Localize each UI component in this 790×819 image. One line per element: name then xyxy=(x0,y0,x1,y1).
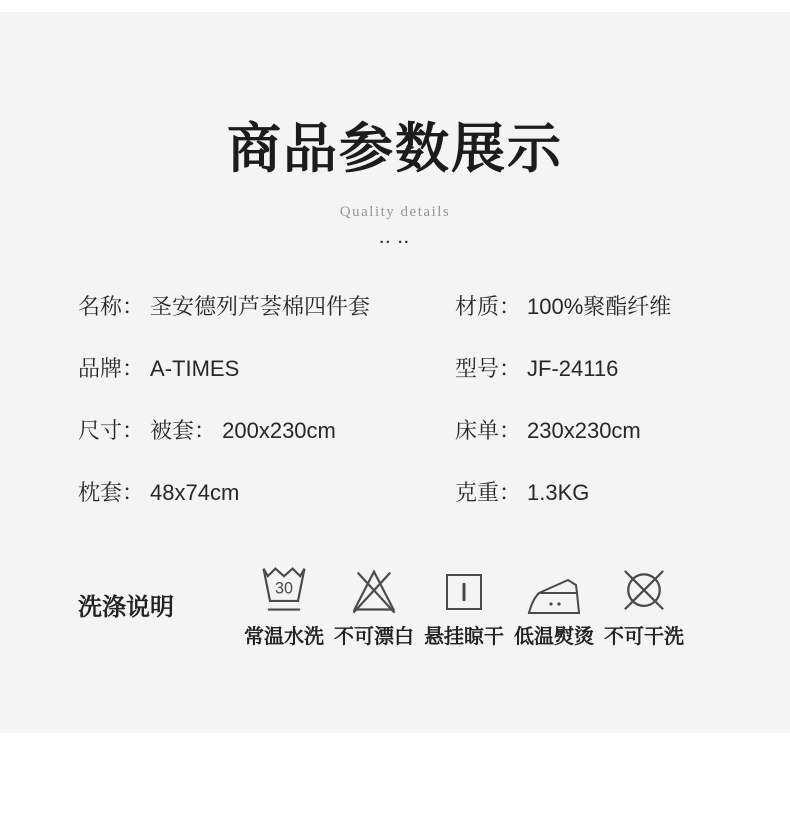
param-row-brand: 品牌：A-TIMES xyxy=(78,352,455,383)
washing-caption: 悬挂晾干 xyxy=(424,620,504,649)
washing-item-normal-wash: 30 常温水洗 xyxy=(240,560,328,649)
param-row-material: 材质：100%聚酯纤维 xyxy=(455,290,738,321)
washing-item-no-dry-clean: 不可干洗 xyxy=(600,560,688,649)
hang-dry-icon xyxy=(440,560,488,616)
param-row-sheet: 床单：230x230cm xyxy=(455,414,738,445)
parameter-grid: 名称：圣安德列芦荟棉四件套 材质：100%聚酯纤维 品牌：A-TIMES 型号：… xyxy=(78,274,738,522)
param-value: 48x74cm xyxy=(150,480,239,505)
washing-caption: 不可干洗 xyxy=(604,620,684,649)
param-row-name: 名称：圣安德列芦荟棉四件套 xyxy=(78,290,455,321)
param-label: 品牌： xyxy=(78,356,144,381)
param-row-model: 型号：JF-24116 xyxy=(455,352,738,383)
iron-low-icon xyxy=(524,560,584,616)
param-label: 克重： xyxy=(455,480,521,505)
product-parameters-panel: 商品参数展示 Quality details .. .. 名称：圣安德列芦荟棉四… xyxy=(0,12,790,733)
washing-caption: 常温水洗 xyxy=(244,620,324,649)
washing-icons-row: 30 常温水洗 不可漂白 xyxy=(240,560,690,649)
svg-text:30: 30 xyxy=(275,579,293,597)
param-row-weight: 克重：1.3KG xyxy=(455,476,738,507)
page-title: 商品参数展示 xyxy=(0,120,790,178)
param-value: 1.3KG xyxy=(527,480,589,505)
washing-item-hang-dry: 悬挂晾干 xyxy=(420,560,508,649)
param-value: JF-24116 xyxy=(527,356,618,381)
param-label: 名称： xyxy=(78,294,144,319)
washing-item-no-bleach: 不可漂白 xyxy=(330,560,418,649)
param-value: 被套： 200x230cm xyxy=(150,418,336,443)
param-label: 床单： xyxy=(455,418,521,443)
washing-instructions-label: 洗涤说明 xyxy=(78,587,174,649)
param-value: 230x230cm xyxy=(527,418,641,443)
decorative-dots: .. .. xyxy=(0,230,790,247)
param-value: 圣安德列芦荟棉四件套 xyxy=(150,294,370,319)
param-value: A-TIMES xyxy=(150,356,239,381)
param-row-size: 尺寸：被套： 200x230cm xyxy=(78,414,455,445)
washing-caption: 低温熨烫 xyxy=(514,620,594,649)
param-label: 枕套： xyxy=(78,480,144,505)
washing-instructions-section: 洗涤说明 30 常温水洗 xyxy=(78,560,758,649)
param-value: 100%聚酯纤维 xyxy=(527,294,671,319)
param-label: 尺寸： xyxy=(78,418,144,443)
wash-30-icon: 30 xyxy=(258,560,310,616)
washing-caption: 不可漂白 xyxy=(334,620,414,649)
no-bleach-icon xyxy=(348,560,400,616)
no-dry-clean-icon xyxy=(617,560,671,616)
washing-item-iron-low: 低温熨烫 xyxy=(510,560,598,649)
param-row-pillowcase: 枕套：48x74cm xyxy=(78,476,455,507)
param-label: 材质： xyxy=(455,294,521,319)
param-label: 型号： xyxy=(455,356,521,381)
page-subtitle: Quality details xyxy=(0,203,790,221)
